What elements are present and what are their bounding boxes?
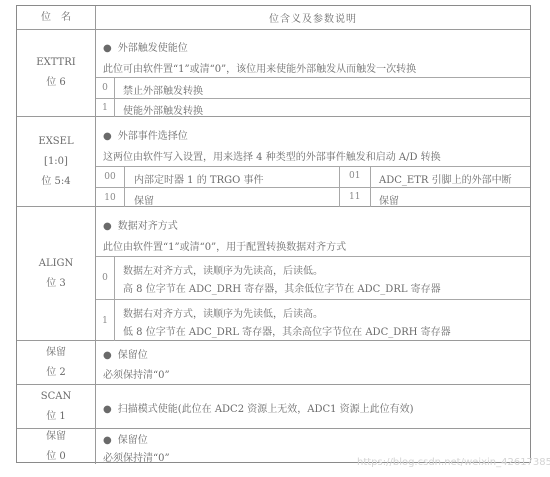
description-text: 必须保持清“0” [103, 366, 170, 381]
bullet-title: ●外部触发使能位 [103, 39, 188, 54]
bit-name-cell: 保留 位 0 [17, 429, 96, 464]
title-text: 数据对齐方式 [118, 221, 178, 232]
table-row-scan: SCAN 位 1 ●扫描模式使能(此位在 ADC2 资源上无效，ADC1 资源上… [17, 385, 530, 429]
option-row: 1 使能外部触发转换 [96, 98, 530, 117]
description-cell: ●外部触发使能位 此位可由软件置“1”或清“0”，该位用来使能外部触发从而触发一… [96, 30, 530, 116]
option-code: 1 [96, 99, 115, 117]
title-text: 外部触发使能位 [118, 43, 188, 54]
bit-name: SCAN [41, 387, 71, 407]
option-row: 1 数据右对齐方式，读顺序为先读低，后读高。 低 8 位字节在 ADC_DRL … [96, 299, 530, 341]
register-bit-table: 位 名 位含义及参数说明 EXTTRI 位 6 ●外部触发使能位 此位可由软件置… [16, 5, 531, 463]
bullet-icon: ● [103, 131, 112, 142]
table-row-exsel: EXSEL [1:0] 位 5:4 ●外部事件选择位 这两位由软件写入设置，用来… [17, 117, 530, 207]
bit-name: 保留 [46, 427, 66, 447]
header-bit-name-label: 位 名 [41, 8, 71, 28]
bit-name: EXSEL [38, 132, 73, 152]
table-header: 位 名 位含义及参数说明 [17, 6, 530, 30]
option-text: 内部定时器 1 的 TRGO 事件 [134, 171, 263, 186]
table-row-reserved-2: 保留 位 2 ●保留位 必须保持清“0” [17, 341, 530, 385]
option-row: 0 禁止外部触发转换 [96, 77, 530, 98]
bit-name-cell: EXSEL [1:0] 位 5:4 [17, 117, 96, 206]
description-text: 此位可由软件置“1”或清“0”，该位用来使能外部触发从而触发一次转换 [103, 60, 416, 75]
option-text: 保留 [379, 192, 399, 207]
bit-position: 位 3 [46, 274, 66, 294]
option-text: 数据右对齐方式，读顺序为先读低，后读高。 [123, 305, 323, 320]
title-text: 保留位 [118, 435, 148, 446]
table-row-align: ALIGN 位 3 ●数据对齐方式 此位由软件置“1”或清“0”，用于配置转换数… [17, 207, 530, 341]
option-code: 11 [349, 192, 360, 202]
bit-position: 位 0 [46, 447, 66, 467]
bullet-icon: ● [103, 221, 112, 232]
description-cell: ●扫描模式使能(此位在 ADC2 资源上无效，ADC1 资源上此位有效) [96, 385, 530, 428]
bullet-title: ●扫描模式使能(此位在 ADC2 资源上无效，ADC1 资源上此位有效) [103, 400, 414, 415]
option-code: 01 [349, 171, 360, 181]
option-code: 1 [96, 300, 115, 341]
bullet-icon: ● [103, 435, 112, 446]
bullet-icon: ● [103, 404, 112, 415]
bullet-title: ●数据对齐方式 [103, 217, 178, 232]
description-cell: ●数据对齐方式 此位由软件置“1”或清“0”，用于配置转换数据对齐方式 0 数据… [96, 207, 530, 340]
bullet-icon: ● [103, 43, 112, 54]
title-text: 外部事件选择位 [118, 131, 188, 142]
bit-name-cell: 保留 位 2 [17, 341, 96, 384]
bit-position: 位 1 [46, 407, 66, 427]
description-cell: ●外部事件选择位 这两位由软件写入设置，用来选择 4 种类型的外部事件触发和启动… [96, 117, 530, 206]
bit-name-cell: ALIGN 位 3 [17, 207, 96, 340]
option-text: 保留 [134, 192, 154, 207]
description-text: 这两位由软件写入设置，用来选择 4 种类型的外部事件触发和启动 A/D 转换 [103, 148, 441, 163]
bit-name: 保留 [46, 343, 66, 363]
bullet-title: ●保留位 [103, 346, 148, 361]
option-text: 禁止外部触发转换 [123, 82, 203, 97]
option-code: 10 [96, 188, 125, 207]
title-text: 保留位 [118, 350, 148, 361]
option-row: 10 保留 11 保留 [96, 187, 530, 207]
watermark-text: https://blog.csdn.net/weixin_42617385 [357, 457, 550, 468]
option-row: 00 内部定时器 1 的 TRGO 事件 01 ADC_ETR 引脚上的外部中断 [96, 166, 530, 187]
description-cell: ●保留位 必须保持清“0” [96, 341, 530, 384]
bit-name: EXTTRI [36, 53, 75, 73]
bit-name-cell: SCAN 位 1 [17, 385, 96, 428]
description-text: 此位由软件置“1”或清“0”，用于配置转换数据对齐方式 [103, 238, 346, 253]
header-bit-name: 位 名 [17, 6, 96, 29]
bit-range: [1:0] [44, 152, 68, 172]
bit-position: 位 5:4 [41, 172, 70, 192]
option-text: 低 8 位字节在 ADC_DRL 寄存器，其余高位字节位在 ADC_DRH 寄存… [123, 323, 451, 338]
option-code: 0 [96, 257, 115, 299]
option-text: ADC_ETR 引脚上的外部中断 [379, 171, 512, 186]
bullet-title: ●保留位 [103, 431, 148, 446]
option-row: 0 数据左对齐方式，读顺序为先读高，后读低。 高 8 位字节在 ADC_DRH … [96, 256, 530, 299]
bit-name: ALIGN [39, 254, 74, 274]
bit-position: 位 6 [46, 73, 66, 93]
title-text: 扫描模式使能(此位在 ADC2 资源上无效，ADC1 资源上此位有效) [118, 404, 414, 415]
bit-name-cell: EXTTRI 位 6 [17, 30, 96, 116]
option-code: 00 [96, 167, 125, 187]
description-text: 必须保持清“0” [103, 449, 170, 464]
bullet-icon: ● [103, 350, 112, 361]
table-row-exttri: EXTTRI 位 6 ●外部触发使能位 此位可由软件置“1”或清“0”，该位用来… [17, 30, 530, 117]
option-text: 高 8 位字节在 ADC_DRH 寄存器，其余低位字节在 ADC_DRL 寄存器 [123, 280, 441, 295]
option-code: 0 [96, 78, 115, 98]
bullet-title: ●外部事件选择位 [103, 127, 188, 142]
bit-position: 位 2 [46, 363, 66, 383]
option-text: 使能外部触发转换 [123, 102, 203, 117]
header-description: 位含义及参数说明 [96, 6, 530, 29]
option-text: 数据左对齐方式，读顺序为先读高，后读低。 [123, 262, 323, 277]
header-description-label: 位含义及参数说明 [96, 6, 530, 29]
